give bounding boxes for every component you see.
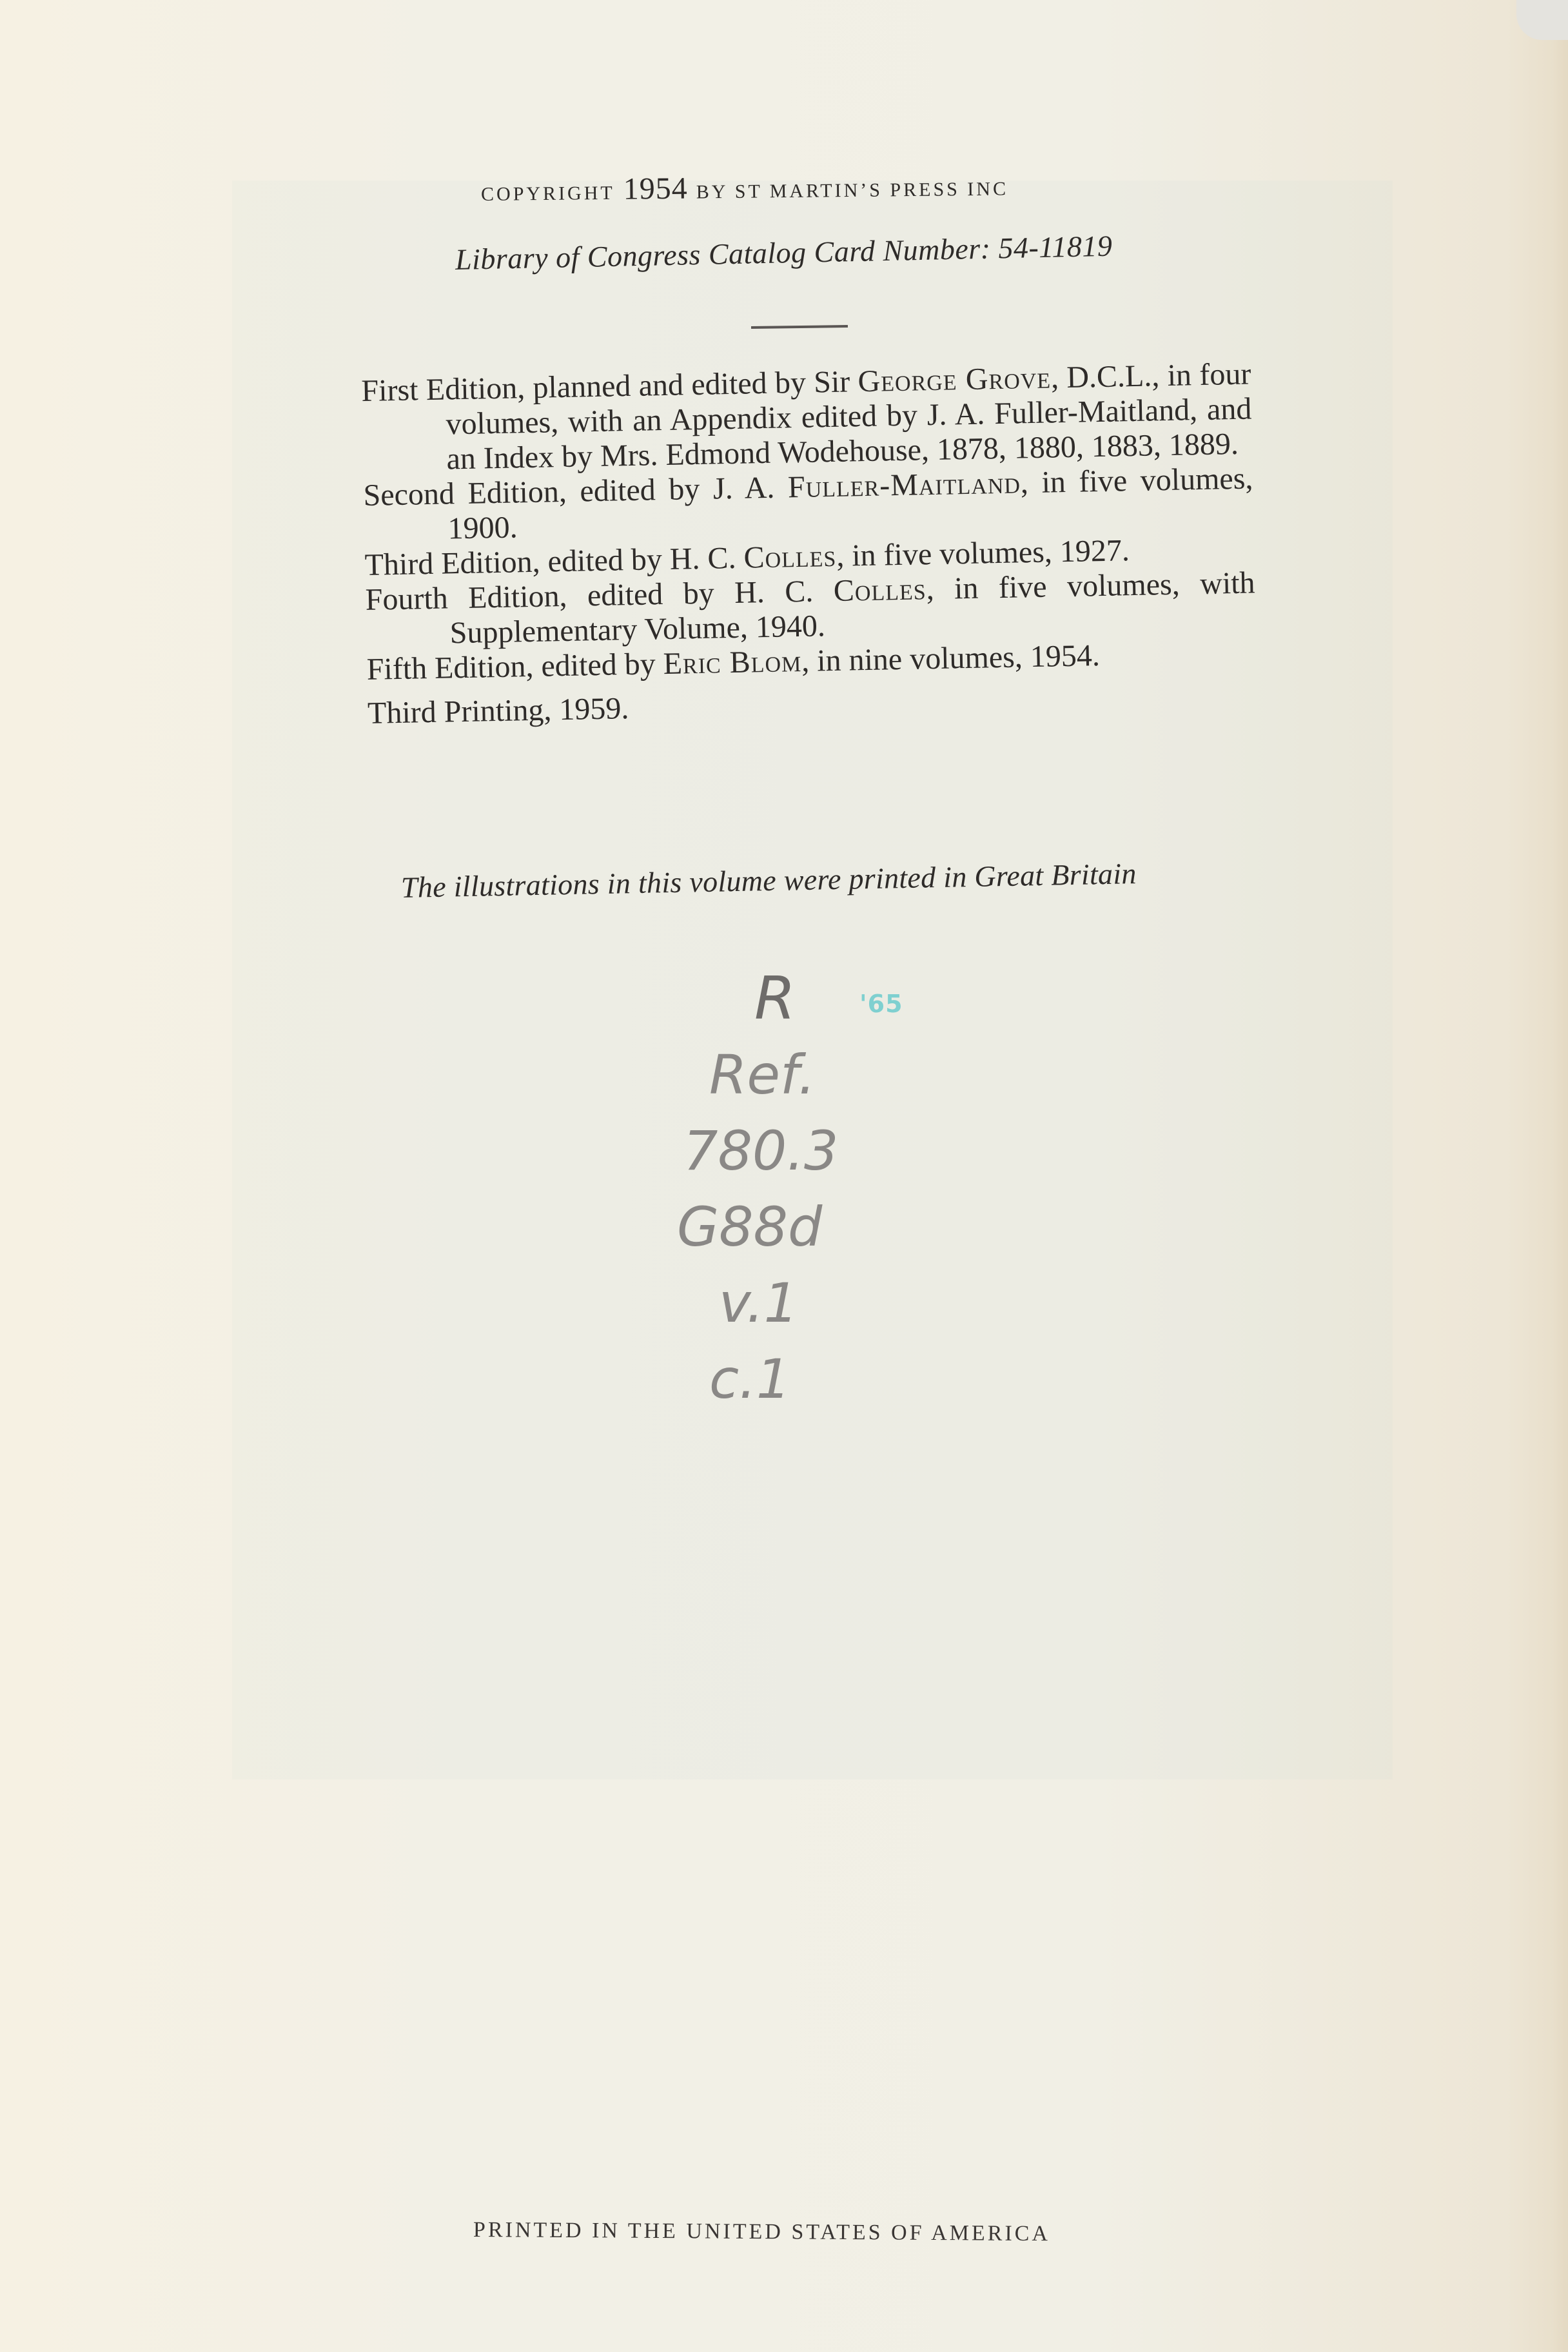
- editor-name: Colles: [743, 539, 837, 575]
- call-number-line: v.1: [719, 1265, 941, 1341]
- editor-name: George Grove: [857, 360, 1051, 398]
- call-number-line: Ref.: [709, 1037, 941, 1113]
- copyright-year: 1954: [623, 171, 688, 206]
- copyright-line: COPYRIGHT 1954 BY ST MARTIN’S PRESS INC: [481, 167, 1009, 208]
- call-number-line: c.1: [709, 1341, 941, 1417]
- book-page: COPYRIGHT 1954 BY ST MARTIN’S PRESS INC …: [0, 0, 1568, 2352]
- printed-in-line: PRINTED IN THE UNITED STATES OF AMERICA: [473, 2218, 1050, 2246]
- background-corner: [1516, 0, 1568, 40]
- handwritten-call-number: R Ref. 780.3 G88d v.1 c.1: [658, 961, 941, 1417]
- library-stamp: '65: [859, 990, 903, 1018]
- call-number-line: G88d: [677, 1189, 941, 1265]
- copyright-prefix: COPYRIGHT: [481, 182, 615, 205]
- copyright-holder: BY ST MARTIN’S PRESS INC: [696, 178, 1009, 202]
- editor-name: Fuller-Maitland: [787, 465, 1021, 504]
- editor-name: Eric Blom: [663, 644, 802, 681]
- edition-entry-first: First Edition, planned and edited by Sir…: [361, 357, 1253, 478]
- call-number-line: R: [754, 961, 941, 1037]
- page-edge-shadow: [1554, 40, 1568, 2352]
- call-number-line: 780.3: [683, 1113, 941, 1189]
- editor-name: Colles: [833, 572, 926, 608]
- edition-history: First Edition, planned and edited by Sir…: [361, 357, 1257, 731]
